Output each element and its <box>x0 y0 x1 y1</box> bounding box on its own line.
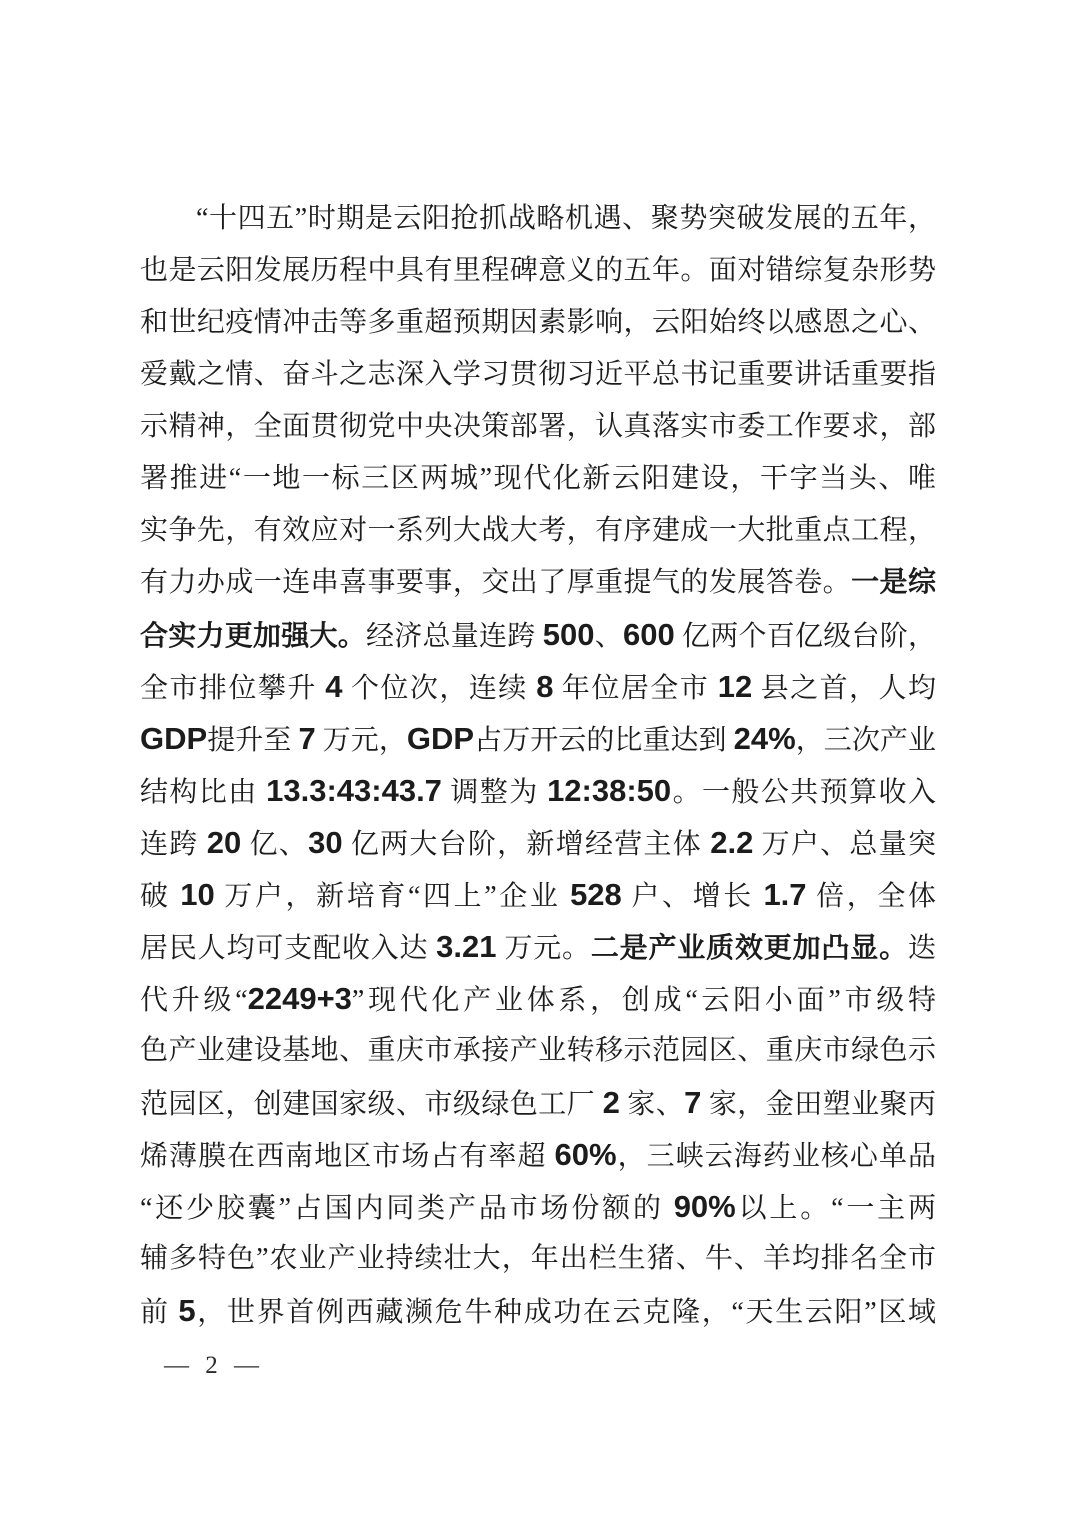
text-segment: 亿两大台阶，新增经营主体 <box>343 829 711 860</box>
text-segment: 2.2 <box>710 825 753 860</box>
text-segment: 调整为 <box>442 777 547 808</box>
text-line: 也是云阳发展历程中具有里程碑意义的五年。面对错综复杂形势 <box>140 245 936 297</box>
text-segment: 7 <box>298 721 315 756</box>
text-segment: 全市排位攀升 <box>140 673 325 704</box>
text-segment: 以上。“一主两 <box>736 1193 936 1224</box>
text-segment: 爱戴之情、奋斗之志深入学习贯彻习近平总书记重要讲话重要指 <box>140 359 936 390</box>
text-segment: 60% <box>555 1137 617 1172</box>
text-segment: 。一般公共预算收入 <box>671 777 936 808</box>
text-segment: 经济总量连跨 <box>366 621 543 652</box>
text-segment: 万元， <box>316 725 407 756</box>
text-segment: 居民人均可支配收入达 <box>140 933 436 964</box>
text-segment: 辅多特色”农业产业持续壮大，年出栏生猪、牛、羊均排名全市 <box>140 1243 936 1274</box>
text-segment: 提升至 <box>207 725 298 756</box>
text-segment: 万元。 <box>496 933 590 964</box>
text-segment: ，三次产业 <box>796 725 936 756</box>
text-segment: 500 <box>543 617 595 652</box>
text-segment: 个位次，连续 <box>343 673 537 704</box>
text-segment: 2 <box>603 1085 620 1120</box>
text-segment: 万户、总量突 <box>753 829 936 860</box>
text-segment: 12 <box>718 669 752 704</box>
text-segment: 亿两个百亿级台阶， <box>675 621 936 652</box>
text-segment: 10 <box>180 877 214 912</box>
text-line: “十四五”时期是云阳抢抓战略机遇、聚势突破发展的五年， <box>140 193 936 245</box>
text-segment: ，三峡云海药业核心单品 <box>617 1141 936 1172</box>
text-segment: 家，金田塑业聚丙 <box>701 1089 936 1120</box>
document-body: “十四五”时期是云阳抢抓战略机遇、聚势突破发展的五年，也是云阳发展历程中具有里程… <box>140 193 936 1337</box>
text-line: 前 5，世界首例西藏濒危牛种成功在云克隆，“天生云阳”区域 <box>140 1285 936 1337</box>
text-segment: 20 <box>207 825 241 860</box>
text-line: 连跨 20 亿、30 亿两大台阶，新增经营主体 2.2 万户、总量突 <box>140 817 936 869</box>
text-segment: 也是云阳发展历程中具有里程碑意义的五年。面对错综复杂形势 <box>140 255 936 286</box>
text-line: 合实力更加强大。经济总量连跨 500、600 亿两个百亿级台阶， <box>140 609 936 661</box>
text-segment: 年位居全市 <box>553 673 717 704</box>
text-segment: “十四五”时期是云阳抢抓战略机遇、聚势突破发展的五年， <box>196 203 936 234</box>
text-line: GDP提升至 7 万元，GDP占万开云的比重达到 24%，三次产业 <box>140 713 936 765</box>
text-line: 破 10 万户，新培育“四上”企业 528 户、增长 1.7 倍，全体 <box>140 869 936 921</box>
text-line: 色产业建设基地、重庆市承接产业转移示范园区、重庆市绿色示 <box>140 1025 936 1077</box>
text-segment: 破 <box>140 881 180 912</box>
text-segment: 烯薄膜在西南地区市场占有率超 <box>140 1141 555 1172</box>
text-segment: 迭 <box>908 933 936 964</box>
bold-text-segment: 一是综 <box>851 567 936 598</box>
text-segment: 528 <box>570 877 622 912</box>
text-line: 辅多特色”农业产业持续壮大，年出栏生猪、牛、羊均排名全市 <box>140 1233 936 1285</box>
text-segment: 600 <box>623 617 675 652</box>
text-line: 居民人均可支配收入达 3.21 万元。二是产业质效更加凸显。迭 <box>140 921 936 973</box>
text-segment: 5 <box>178 1293 195 1328</box>
text-segment: 和世纪疫情冲击等多重超预期因素影响，云阳始终以感恩之心、 <box>140 307 936 338</box>
text-segment: 户、增长 <box>622 881 764 912</box>
text-segment: 结构比由 <box>140 777 266 808</box>
bold-text-segment: 合实力更加强大。 <box>140 621 366 652</box>
text-line: 署推进“一地一标三区两城”现代化新云阳建设，干字当头、唯 <box>140 453 936 505</box>
text-line: 代升级“2249+3”现代化产业体系，创成“云阳小面”市级特 <box>140 973 936 1025</box>
text-segment: 倍，全体 <box>807 881 936 912</box>
text-segment: 县之首，人均 <box>752 673 936 704</box>
text-segment: 占万开云的比重达到 <box>474 725 734 756</box>
text-segment: 4 <box>325 669 342 704</box>
text-line: 全市排位攀升 4 个位次，连续 8 年位居全市 12 县之首，人均 <box>140 661 936 713</box>
text-line: 烯薄膜在西南地区市场占有率超 60%，三峡云海药业核心单品 <box>140 1129 936 1181</box>
text-segment: 实争先，有效应对一系列大战大考，有序建成一大批重点工程， <box>140 515 936 546</box>
text-segment: “还少胶囊”占国内同类产品市场份额的 <box>140 1193 674 1224</box>
text-line: 有力办成一连串喜事要事，交出了厚重提气的发展答卷。一是综 <box>140 557 936 609</box>
text-segment: 亿、 <box>241 829 308 860</box>
text-line: 和世纪疫情冲击等多重超预期因素影响，云阳始终以感恩之心、 <box>140 297 936 349</box>
text-line: 实争先，有效应对一系列大战大考，有序建成一大批重点工程， <box>140 505 936 557</box>
text-line: 结构比由 13.3:43:43.7 调整为 12:38:50。一般公共预算收入 <box>140 765 936 817</box>
text-line: 爱戴之情、奋斗之志深入学习贯彻习近平总书记重要讲话重要指 <box>140 349 936 401</box>
text-segment: 万户，新培育“四上”企业 <box>215 881 570 912</box>
text-segment: 24% <box>734 721 796 756</box>
text-segment: ”现代化产业体系，创成“云阳小面”市级特 <box>352 985 936 1016</box>
text-line: “还少胶囊”占国内同类产品市场份额的 90%以上。“一主两 <box>140 1181 936 1233</box>
text-segment: 7 <box>684 1085 701 1120</box>
text-segment: 前 <box>140 1297 178 1328</box>
text-segment: GDP <box>407 721 474 756</box>
text-segment: 3.21 <box>436 929 496 964</box>
text-segment: 家、 <box>620 1089 684 1120</box>
text-segment: 示精神，全面贯彻党中央决策部署，认真落实市委工作要求，部 <box>140 411 936 442</box>
text-segment: 署推进“一地一标三区两城”现代化新云阳建设，干字当头、唯 <box>140 463 936 494</box>
text-segment: 代升级“ <box>140 985 248 1016</box>
text-line: 示精神，全面贯彻党中央决策部署，认真落实市委工作要求，部 <box>140 401 936 453</box>
text-segment: 色产业建设基地、重庆市承接产业转移示范园区、重庆市绿色示 <box>140 1035 936 1066</box>
text-segment: 8 <box>536 669 553 704</box>
text-segment: 13.3:43:43.7 <box>266 773 442 808</box>
text-segment: ，世界首例西藏濒危牛种成功在云克隆，“天生云阳”区域 <box>196 1297 936 1328</box>
document-page: “十四五”时期是云阳抢抓战略机遇、聚势突破发展的五年，也是云阳发展历程中具有里程… <box>0 0 1074 1520</box>
text-segment: 90% <box>674 1189 736 1224</box>
text-segment: 1.7 <box>763 877 806 912</box>
text-segment: 连跨 <box>140 829 207 860</box>
text-segment: 30 <box>308 825 342 860</box>
text-segment: 2249+3 <box>248 981 352 1016</box>
text-segment: 范园区，创建国家级、市级绿色工厂 <box>140 1089 603 1120</box>
text-segment: 有力办成一连串喜事要事，交出了厚重提气的发展答卷。 <box>140 567 851 598</box>
page-number: — 2 — <box>164 1352 264 1380</box>
text-segment: 、 <box>594 621 623 652</box>
text-line: 范园区，创建国家级、市级绿色工厂 2 家、7 家，金田塑业聚丙 <box>140 1077 936 1129</box>
text-segment: 12:38:50 <box>547 773 671 808</box>
text-segment: GDP <box>140 721 207 756</box>
bold-text-segment: 二是产业质效更加凸显。 <box>591 933 908 964</box>
